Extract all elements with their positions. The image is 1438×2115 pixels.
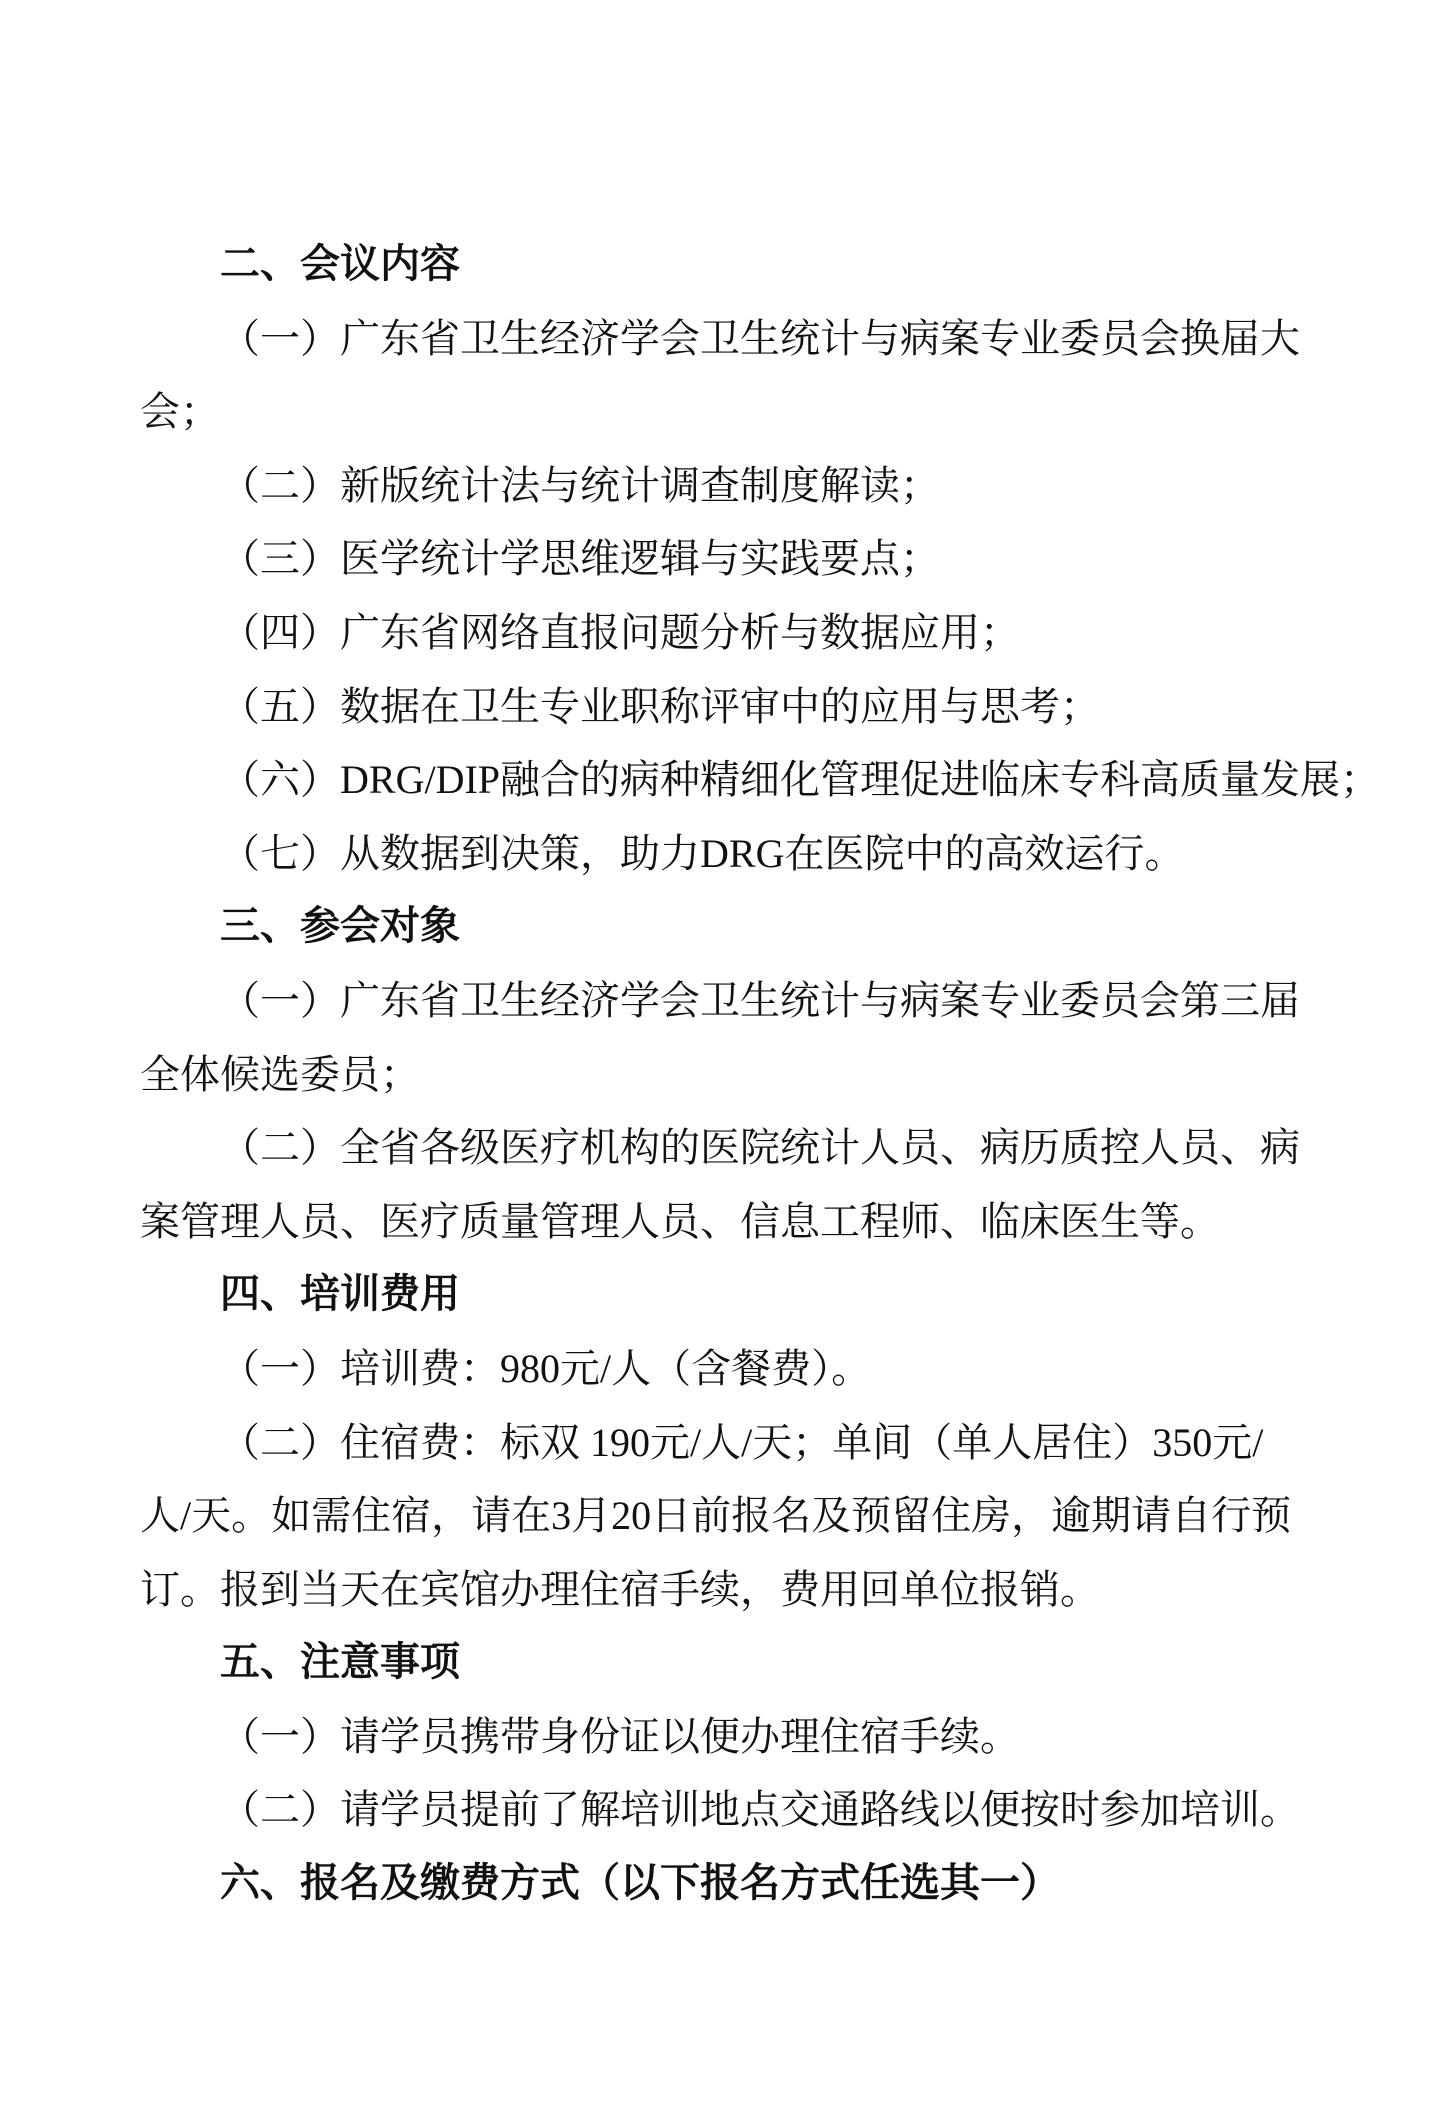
section-heading-2: 三、参会对象	[140, 890, 1336, 964]
paragraph-line: （二）请学员提前了解培训地点交通路线以便按时参加培训。	[140, 1773, 1336, 1847]
paragraph-line: 人/天。如需住宿，请在3月20日前报名及预留住房，逾期请自行预	[140, 1479, 1336, 1553]
document-content: 二、会议内容（一）广东省卫生经济学会卫生统计与病案专业委员会换届大会；（二）新版…	[140, 228, 1336, 1921]
paragraph-line: 全体候选委员；	[140, 1038, 1336, 1112]
section-heading-4: 五、注意事项	[140, 1626, 1336, 1700]
paragraph-line: 案管理人员、医疗质量管理人员、信息工程师、临床医生等。	[140, 1185, 1336, 1259]
paragraph-line: （五）数据在卫生专业职称评审中的应用与思考；	[140, 670, 1336, 744]
section-heading-1: 二、会议内容	[140, 228, 1336, 302]
paragraph-line: （一）请学员携带身份证以便办理住宿手续。	[140, 1700, 1336, 1774]
paragraph-line: （二）新版统计法与统计调查制度解读；	[140, 449, 1336, 523]
paragraph-line: （二）全省各级医疗机构的医院统计人员、病历质控人员、病	[140, 1111, 1336, 1185]
paragraph-line: 会；	[140, 375, 1336, 449]
section-heading-3: 四、培训费用	[140, 1258, 1336, 1332]
paragraph-line: （一）广东省卫生经济学会卫生统计与病案专业委员会第三届	[140, 964, 1336, 1038]
document-page: 二、会议内容（一）广东省卫生经济学会卫生统计与病案专业委员会换届大会；（二）新版…	[0, 0, 1438, 2115]
paragraph-line: （一）培训费：980元/人（含餐费）。	[140, 1332, 1336, 1406]
paragraph-line: （七）从数据到决策，助力DRG在医院中的高效运行。	[140, 817, 1336, 891]
paragraph-line: （一）广东省卫生经济学会卫生统计与病案专业委员会换届大	[140, 302, 1336, 376]
section-heading-5: 六、报名及缴费方式（以下报名方式任选其一）	[140, 1847, 1336, 1921]
paragraph-line: （六）DRG/DIP融合的病种精细化管理促进临床专科高质量发展；	[140, 743, 1336, 817]
paragraph-line: （四）广东省网络直报问题分析与数据应用；	[140, 596, 1336, 670]
paragraph-line: （三）医学统计学思维逻辑与实践要点；	[140, 522, 1336, 596]
paragraph-line: （二）住宿费：标双 190元/人/天；单间（单人居住）350元/	[140, 1406, 1336, 1480]
paragraph-line: 订。报到当天在宾馆办理住宿手续，费用回单位报销。	[140, 1553, 1336, 1627]
